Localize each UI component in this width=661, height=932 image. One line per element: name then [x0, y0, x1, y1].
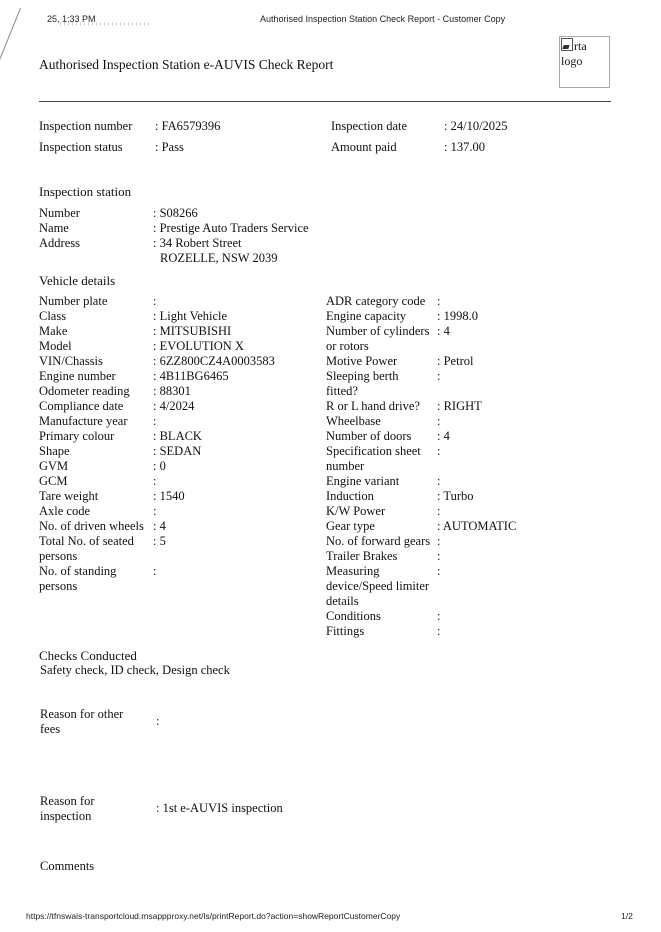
header-divider — [39, 101, 611, 102]
station-heading: Inspection station — [39, 184, 131, 200]
broken-image-icon — [561, 38, 573, 51]
vehicle-heading: Vehicle details — [39, 273, 115, 289]
footer-url: https://tfnswais-transportcloud.msapppro… — [26, 911, 400, 921]
print-header-title: Authorised Inspection Station Check Repo… — [260, 14, 505, 24]
report-title: Authorised Inspection Station e-AUVIS Ch… — [39, 57, 333, 73]
checks-heading: Checks Conducted — [39, 648, 137, 664]
rta-logo: rta logo — [559, 36, 610, 88]
comments-label: Comments — [40, 859, 94, 874]
scan-artifact-line — [0, 8, 21, 92]
checks-value: Safety check, ID check, Design check — [40, 663, 230, 678]
footer-page-number: 1/2 — [621, 911, 633, 921]
print-header-time: 25, 1:33 PM — [47, 14, 96, 24]
